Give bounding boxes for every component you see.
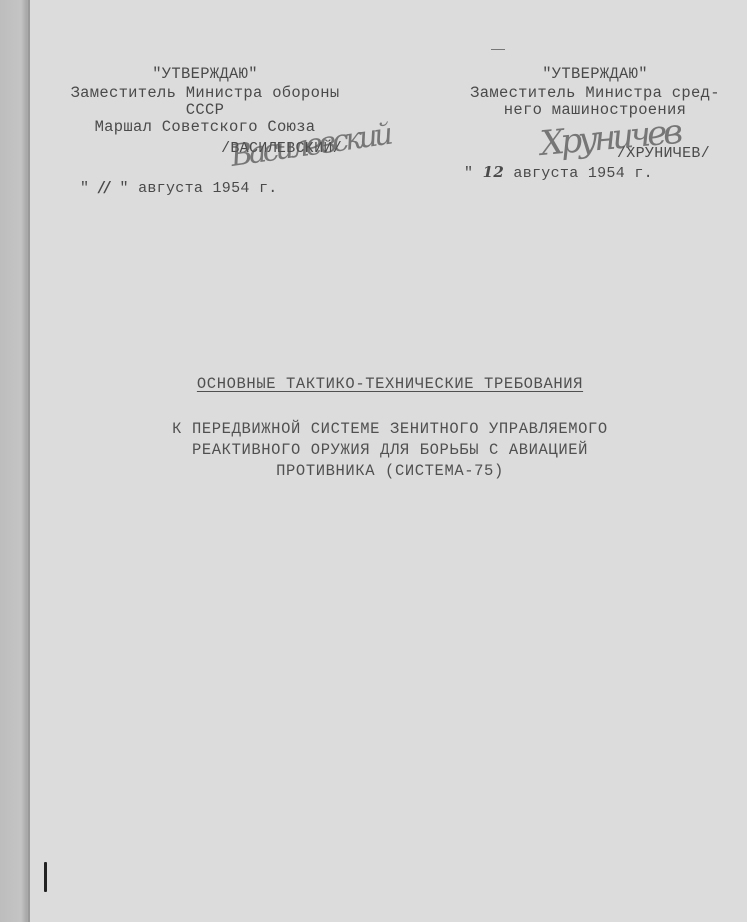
approver-title-line: СССР xyxy=(40,102,370,119)
date-text: августа 1954 г. xyxy=(513,165,653,182)
page-binding-edge xyxy=(0,0,30,922)
handwritten-day: 12 xyxy=(483,163,504,181)
document-title: ОСНОВНЫЕ ТАКТИКО-ТЕХНИЧЕСКИЕ ТРЕБОВАНИЯ xyxy=(130,374,650,395)
approval-date: " 12 августа 1954 г. xyxy=(440,164,747,182)
pencil-dash-mark xyxy=(491,49,505,50)
approver-title-line: него машиностроения xyxy=(440,102,747,119)
approval-heading: "УТВЕРЖДАЮ" xyxy=(40,66,370,83)
date-text: августа 1954 г. xyxy=(138,180,278,197)
margin-ink-mark xyxy=(44,862,47,892)
handwritten-day: // xyxy=(99,178,111,196)
subtitle-line: К ПЕРЕДВИЖНОЙ СИСТЕМЕ ЗЕНИТНОГО УПРАВЛЯЕ… xyxy=(130,419,650,440)
subtitle-line: ПРОТИВНИКА (СИСТЕМА-75) xyxy=(130,461,650,482)
document-title-block: ОСНОВНЫЕ ТАКТИКО-ТЕХНИЧЕСКИЕ ТРЕБОВАНИЯ … xyxy=(130,374,650,482)
approval-date: " // " августа 1954 г. xyxy=(40,179,370,197)
approver-title-line: Заместитель Министра сред- xyxy=(440,85,747,102)
approval-heading: "УТВЕРЖДАЮ" xyxy=(440,66,747,83)
approver-title-line: Заместитель Министра обороны xyxy=(40,85,370,102)
subtitle-line: РЕАКТИВНОГО ОРУЖИЯ ДЛЯ БОРЬБЫ С АВИАЦИЕЙ xyxy=(130,440,650,461)
